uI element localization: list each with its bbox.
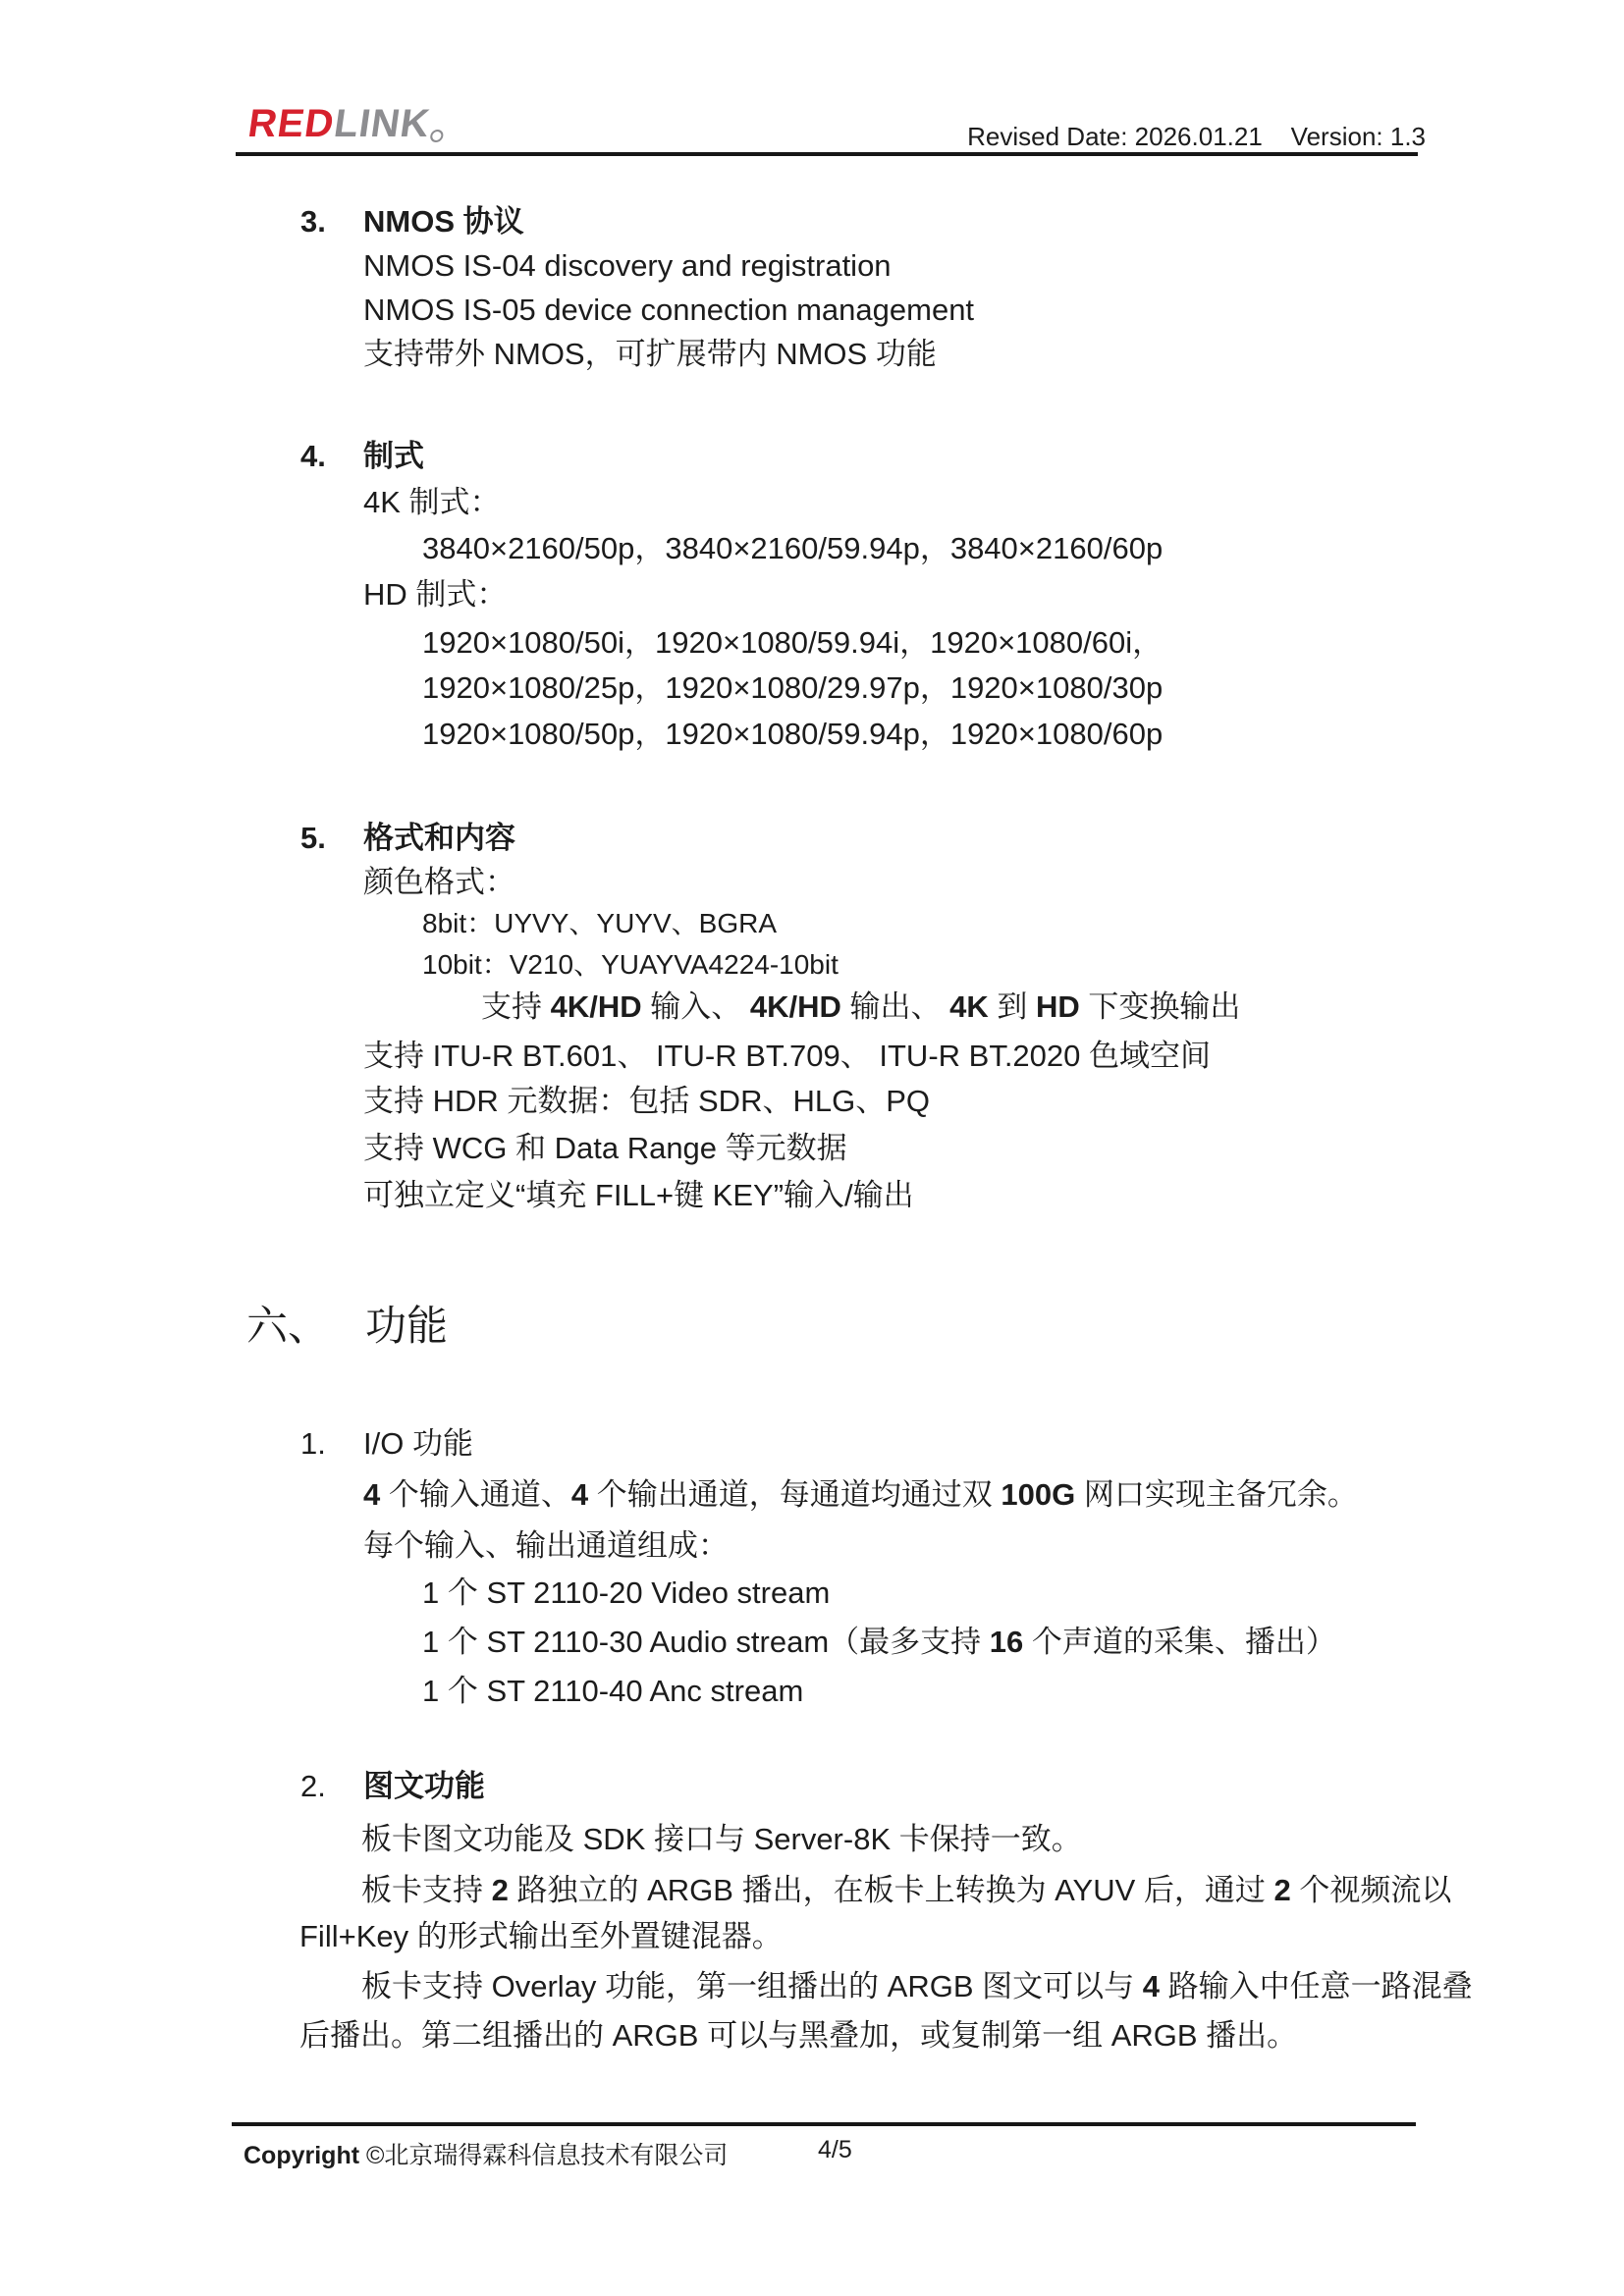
section-3-line-1: NMOS IS-04 discovery and registration — [363, 248, 892, 284]
document-page: REDLINK Revised Date: 2026.01.21 Version… — [0, 0, 1624, 2296]
section-5-line-8: 可独立定义“填充 FILL+键 KEY”输入/输出 — [363, 1178, 914, 1213]
section-4-line-3: HD 制式： — [363, 577, 507, 613]
func-1-title: I/O 功能 — [363, 1426, 473, 1462]
func-1-line-1: 4 个输入通道、4 个输出通道，每通道均通过双 100G 网口实现主备冗余。 — [363, 1477, 1358, 1513]
section-5-line-2: 8bit：UYVY、YUYV、BGRA — [422, 906, 777, 941]
section-4-number: 4. — [300, 439, 326, 474]
section-4-line-6: 1920×1080/50p，1920×1080/59.94p，1920×1080… — [422, 717, 1163, 752]
chapter-6-number: 六、 — [246, 1294, 329, 1353]
section-5-line-6: 支持 HDR 元数据：包括 SDR、HLG、PQ — [363, 1084, 930, 1119]
func-2-line-2: 板卡支持 2 路独立的 ARGB 播出，在板卡上转换为 AYUV 后，通过 2 … — [361, 1873, 1451, 1908]
section-5-line-3: 10bit：V210、YUAYVA4224-10bit — [422, 947, 839, 983]
section-5-line-1: 颜色格式： — [363, 865, 515, 900]
logo-gray-text: LINK — [331, 102, 433, 145]
section-4-line-4: 1920×1080/50i，1920×1080/59.94i，1920×1080… — [422, 625, 1163, 661]
func-2-line-1: 板卡图文功能及 SDK 接口与 Server-8K 卡保持一致。 — [361, 1822, 1082, 1857]
footer-copyright: Copyright ©北京瑞得霖科信息技术有限公司 — [244, 2136, 728, 2171]
section-5-line-4: 支持 4K/HD 输入、 4K/HD 输出、 4K 到 HD 下变换输出 — [481, 989, 1240, 1025]
section-3-number: 3. — [300, 204, 326, 240]
func-1-number: 1. — [300, 1426, 326, 1462]
section-4-line-2: 3840×2160/50p，3840×2160/59.94p，3840×2160… — [422, 531, 1163, 566]
header-rule — [236, 152, 1418, 156]
section-5-line-7: 支持 WCG 和 Data Range 等元数据 — [363, 1131, 847, 1166]
chapter-6-title: 功能 — [365, 1294, 448, 1353]
section-3-title: NMOS 协议 — [363, 204, 524, 240]
section-4-line-5: 1920×1080/25p，1920×1080/29.97p，1920×1080… — [422, 670, 1163, 706]
func-2-line-5: 后播出。第二组播出的 ARGB 可以与黑叠加，或复制第一组 ARGB 播出。 — [299, 2018, 1297, 2054]
func-1-line-3: 1 个 ST 2110-20 Video stream — [422, 1575, 830, 1611]
section-3-line-2: NMOS IS-05 device connection management — [363, 293, 974, 328]
header-revision-info: Revised Date: 2026.01.21 Version: 1.3 — [967, 122, 1426, 152]
redlink-logo: REDLINK — [245, 102, 448, 146]
footer-rule — [232, 2122, 1416, 2126]
func-2-line-4: 板卡支持 Overlay 功能，第一组播出的 ARGB 图文可以与 4 路输入中… — [361, 1969, 1473, 2004]
func-1-line-2: 每个输入、输出通道组成： — [363, 1528, 729, 1564]
func-2-line-3: Fill+Key 的形式输出至外置键混器。 — [299, 1919, 783, 1954]
logo-registered-icon — [429, 130, 444, 142]
func-1-line-5: 1 个 ST 2110-40 Anc stream — [422, 1674, 803, 1709]
section-4-line-1: 4K 制式： — [363, 485, 501, 520]
section-3-line-3: 支持带外 NMOS，可扩展带内 NMOS 功能 — [363, 337, 937, 372]
section-5-number: 5. — [300, 821, 326, 856]
section-5-line-5: 支持 ITU-R BT.601、 ITU-R BT.709、 ITU-R BT.… — [363, 1039, 1211, 1074]
logo-red-text: RED — [245, 102, 338, 145]
section-5-title: 格式和内容 — [363, 821, 515, 856]
func-2-title: 图文功能 — [363, 1769, 485, 1804]
func-1-line-4: 1 个 ST 2110-30 Audio stream（最多支持 16 个声道的… — [422, 1625, 1336, 1660]
footer-page-number: 4/5 — [818, 2136, 852, 2164]
func-2-number: 2. — [300, 1769, 326, 1804]
section-4-title: 制式 — [363, 439, 424, 474]
